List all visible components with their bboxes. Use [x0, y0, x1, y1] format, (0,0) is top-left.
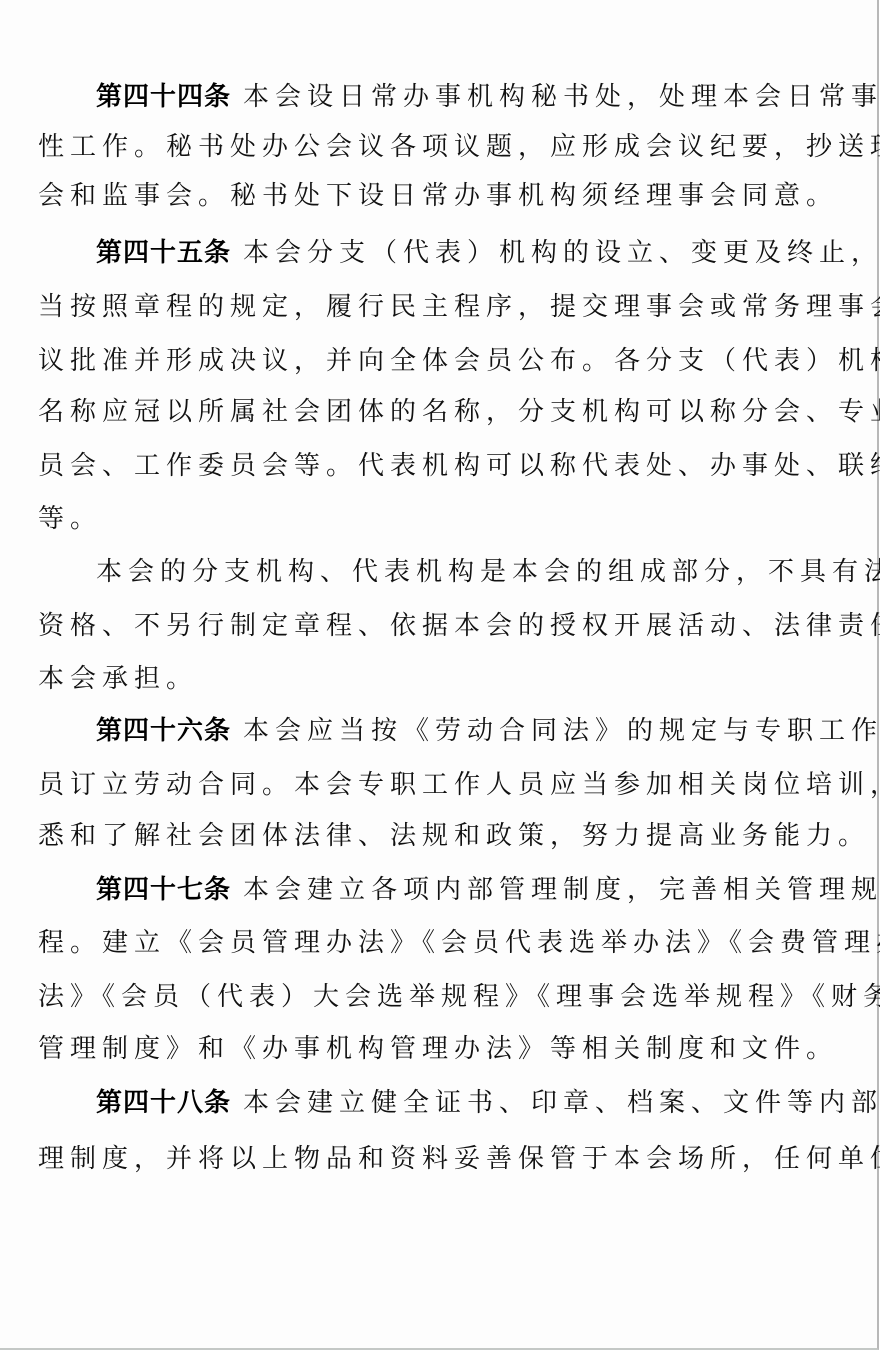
article-45-line-5: 员会、工作委员会等。代表机构可以称代表处、办事处、联络处: [38, 450, 880, 482]
article-46-text: 本会应当按《劳动合同法》的规定与专职工作人: [243, 716, 880, 746]
article-47-line-1: 第四十七条本会建立各项内部管理制度，完善相关管理规: [96, 874, 880, 906]
article-45-line-2: 当按照章程的规定，履行民主程序，提交理事会或常务理事会审: [38, 291, 880, 323]
article-44-line-1: 第四十四条本会设日常办事机构秘书处，处理本会日常事务: [96, 81, 880, 113]
article-47-line-2: 程。建立《会员管理办法》《会员代表选举办法》《会费管理办: [38, 927, 880, 959]
branch-paragraph-line-2: 资格、不另行制定章程、依据本会的授权开展活动、法律责任由: [38, 610, 880, 642]
article-47-text: 本会建立各项内部管理制度，完善相关管理规: [243, 875, 880, 905]
article-46-line-3: 悉和了解社会团体法律、法规和政策，努力提高业务能力。: [38, 820, 870, 852]
article-45-line-3: 议批准并形成决议，并向全体会员公布。各分支（代表）机构的: [38, 345, 880, 377]
article-44-heading: 第四十四条: [96, 82, 231, 112]
branch-paragraph-line-3: 本会承担。: [38, 663, 198, 695]
article-48-line-2: 理制度，并将以上物品和资料妥善保管于本会场所，任何单位、: [38, 1143, 880, 1175]
article-45-text: 本会分支（代表）机构的设立、变更及终止，应: [243, 238, 880, 268]
document-page: 第四十四条本会设日常办事机构秘书处，处理本会日常事务 性工作。秘书处办公会议各项…: [0, 0, 879, 1350]
article-48-text: 本会建立健全证书、印章、档案、文件等内部管: [243, 1088, 880, 1118]
article-46-line-2: 员订立劳动合同。本会专职工作人员应当参加相关岗位培训，熟: [38, 769, 880, 801]
branch-paragraph-line-1: 本会的分支机构、代表机构是本会的组成部分，不具有法人: [96, 556, 880, 588]
article-48-heading: 第四十八条: [96, 1088, 231, 1118]
article-47-line-3: 法》《会员（代表）大会选举规程》《理事会选举规程》《财务: [38, 981, 880, 1013]
article-46-line-1: 第四十六条本会应当按《劳动合同法》的规定与专职工作人: [96, 715, 880, 747]
article-45-line-4: 名称应冠以所属社会团体的名称，分支机构可以称分会、专业委: [38, 396, 880, 428]
article-45-line-1: 第四十五条本会分支（代表）机构的设立、变更及终止，应: [96, 237, 880, 269]
article-47-line-4: 管理制度》和《办事机构管理办法》等相关制度和文件。: [38, 1033, 838, 1065]
article-45-line-6: 等。: [38, 503, 102, 535]
article-44-text: 本会设日常办事机构秘书处，处理本会日常事务: [243, 82, 880, 112]
article-47-heading: 第四十七条: [96, 875, 231, 905]
article-46-heading: 第四十六条: [96, 716, 231, 746]
article-44-line-3: 会和监事会。秘书处下设日常办事机构须经理事会同意。: [38, 180, 838, 212]
article-45-heading: 第四十五条: [96, 238, 231, 268]
article-44-line-2: 性工作。秘书处办公会议各项议题，应形成会议纪要，抄送理事: [38, 131, 880, 163]
article-48-line-1: 第四十八条本会建立健全证书、印章、档案、文件等内部管: [96, 1087, 880, 1119]
